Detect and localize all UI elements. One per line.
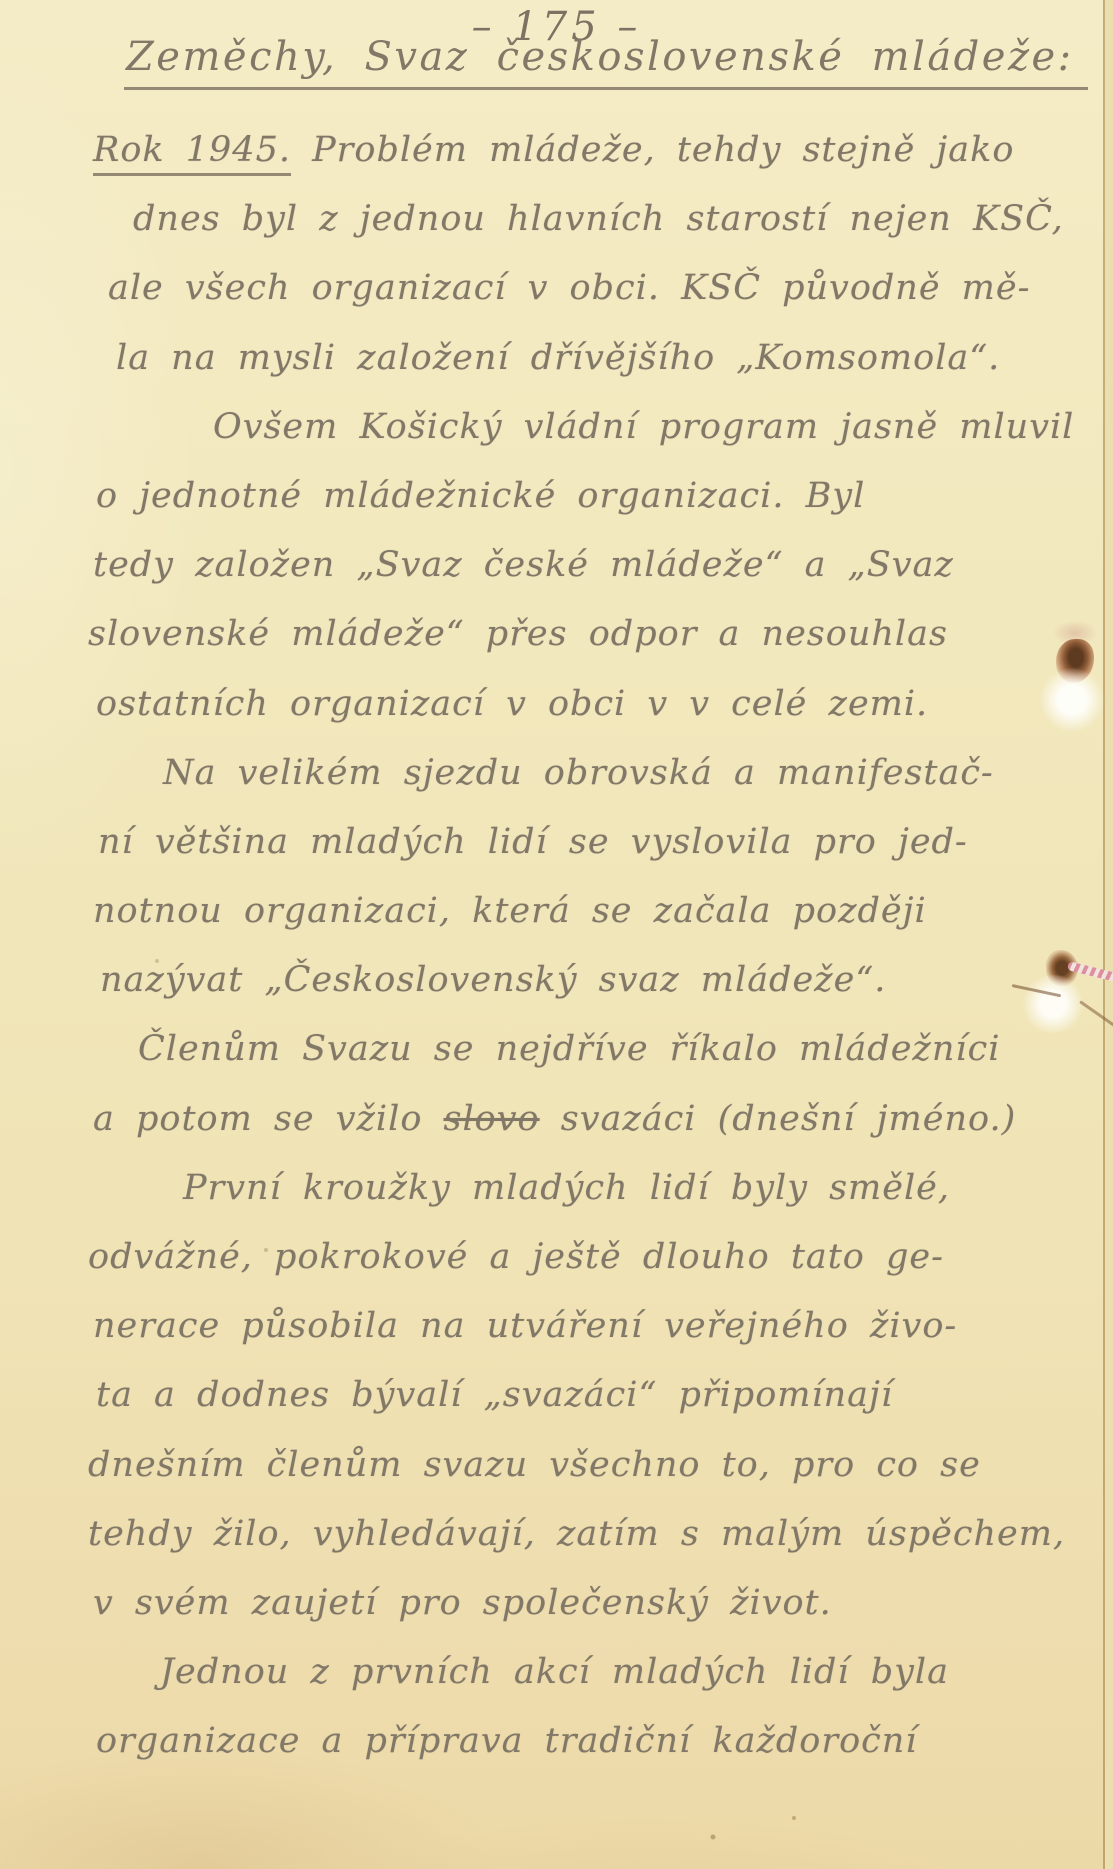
handwritten-line: ta a dodnes bývalí „svazáci“ připomínají: [88, 1361, 1068, 1430]
handwritten-line: dnešním členům svazu všechno to, pro co …: [88, 1431, 1068, 1500]
handwritten-line: v svém zaujetí pro společenský život.: [88, 1569, 1068, 1638]
manuscript-page: – 175 – Zeměchy, Svaz československé mlá…: [0, 0, 1113, 1869]
handwritten-line: odvážné, pokrokové a ještě dlouho tato g…: [88, 1223, 1068, 1292]
handwritten-line: organizace a příprava tradiční každoročn…: [88, 1707, 1068, 1776]
handwritten-line: slovenské mládeže“ přes odpor a nesouhla…: [88, 600, 1068, 669]
text-segment: nazývat „Československý svaz mládeže“.: [100, 960, 886, 1000]
text-segment: ta a dodnes bývalí „svazáci“ připomínají: [96, 1375, 893, 1415]
text-segment: První kroužky mladých lidí byly smělé,: [183, 1168, 950, 1208]
text-segment: la na mysli založení dřívějšího „Komsomo…: [116, 338, 1000, 378]
page-edge: [1102, 0, 1113, 1869]
handwritten-line: První kroužky mladých lidí byly smělé,: [88, 1154, 1068, 1223]
handwritten-line: nerace působila na utváření veřejného ži…: [88, 1292, 1068, 1361]
underlined-text: Rok 1945.: [93, 130, 291, 176]
handwritten-line: Ovšem Košický vládní program jasně mluvi…: [88, 393, 1068, 462]
struck-text: slovo: [444, 1099, 540, 1139]
handwritten-line: tedy založen „Svaz české mládeže“ a „Sva…: [88, 531, 1068, 600]
text-segment: dnes byl z jednou hlavních starostí neje…: [133, 199, 1064, 239]
paper-specks: [0, 0, 2, 2]
text-segment: svazáci (dnešní jméno.): [540, 1099, 1017, 1139]
text-segment: nerace působila na utváření veřejného ži…: [93, 1306, 957, 1346]
handwritten-line: o jednotné mládežnické organizaci. Byl: [88, 462, 1068, 531]
paper-shine-bottom: [1020, 975, 1086, 1033]
handwritten-line: la na mysli založení dřívějšího „Komsomo…: [88, 324, 1068, 393]
manuscript-text: Rok 1945. Problém mládeže, tehdy stejně …: [88, 116, 1068, 1777]
handwritten-line: tehdy žilo, vyhledávají, zatím s malým ú…: [88, 1500, 1068, 1569]
text-segment: notnou organizaci, která se začala pozdě…: [93, 891, 927, 931]
text-segment: tehdy žilo, vyhledávají, zatím s malým ú…: [88, 1514, 1065, 1554]
handwritten-line: ale všech organizací v obci. KSČ původně…: [88, 254, 1068, 323]
text-segment: slovenské mládeže“ přes odpor a nesouhla…: [88, 614, 948, 654]
text-segment: Na velikém sjezdu obrovská a manifestač-: [163, 753, 994, 793]
text-segment: Členům Svazu se nejdříve říkalo mládežní…: [138, 1029, 1000, 1069]
handwritten-line: Rok 1945. Problém mládeže, tehdy stejně …: [88, 116, 1068, 185]
paper-shine-top: [1038, 668, 1106, 732]
handwritten-line: Jednou z prvních akcí mladých lidí byla: [88, 1638, 1068, 1707]
text-segment: ní většina mladých lidí se vyslovila pro…: [98, 822, 968, 862]
handwritten-line: a potom se vžilo slovo svazáci (dnešní j…: [88, 1085, 1068, 1154]
text-segment: organizace a příprava tradiční každoročn…: [96, 1721, 918, 1761]
text-segment: Problém mládeže, tehdy stejně jako: [291, 130, 1014, 170]
text-segment: tedy založen „Svaz české mládeže“ a „Sva…: [93, 545, 954, 585]
page-title: Zeměchy, Svaz československé mládeže:: [124, 34, 1088, 90]
text-segment: odvážné, pokrokové a ještě dlouho tato g…: [88, 1237, 944, 1277]
handwritten-line: ostatních organizací v obci v v celé zem…: [88, 670, 1068, 739]
handwritten-line: ní většina mladých lidí se vyslovila pro…: [88, 808, 1068, 877]
text-segment: Jednou z prvních akcí mladých lidí byla: [160, 1652, 949, 1692]
text-segment: a potom se vžilo: [93, 1099, 444, 1139]
text-segment: dnešním členům svazu všechno to, pro co …: [88, 1445, 981, 1485]
handwritten-line: notnou organizaci, která se začala pozdě…: [88, 877, 1068, 946]
text-segment: ostatních organizací v obci v v celé zem…: [96, 684, 928, 724]
text-segment: v svém zaujetí pro společenský život.: [93, 1583, 832, 1623]
text-segment: Ovšem Košický vládní program jasně mluvi…: [213, 407, 1074, 447]
text-segment: o jednotné mládežnické organizaci. Byl: [96, 476, 865, 516]
text-segment: ale všech organizací v obci. KSČ původně…: [108, 268, 1030, 308]
handwritten-line: Členům Svazu se nejdříve říkalo mládežní…: [88, 1015, 1068, 1084]
handwritten-line: nazývat „Československý svaz mládeže“.: [88, 946, 1068, 1015]
handwritten-line: Na velikém sjezdu obrovská a manifestač-: [88, 739, 1068, 808]
handwritten-line: dnes byl z jednou hlavních starostí neje…: [88, 185, 1068, 254]
